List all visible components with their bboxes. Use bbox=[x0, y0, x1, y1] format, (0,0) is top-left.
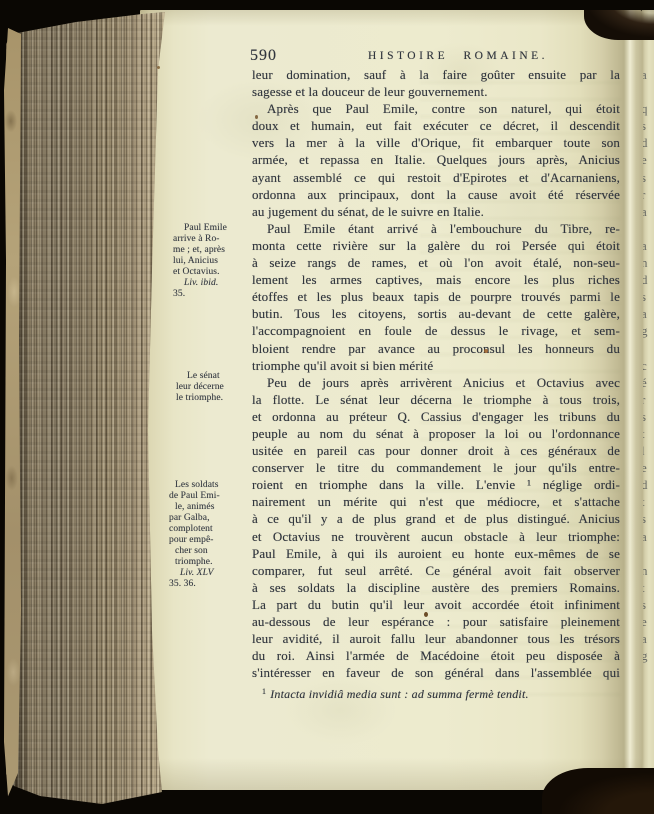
body-text-line: à ses soldats la discipline austère des … bbox=[252, 579, 620, 596]
body-text-line: du roi. Ainsi l'armée de Macédoine étoit… bbox=[252, 647, 620, 664]
margin-note-line: cher son bbox=[169, 546, 249, 557]
edge-fragment: s bbox=[643, 510, 654, 527]
edge-fragment: s bbox=[643, 596, 654, 613]
body-text-line: nairement un mérite qui n'est que médioc… bbox=[252, 493, 620, 510]
edge-fragment: c bbox=[643, 357, 654, 374]
edge-fragment: a bbox=[643, 630, 654, 647]
edge-fragment bbox=[643, 83, 654, 100]
edge-fragment: d bbox=[643, 476, 654, 493]
margin-note-soldiers-plot: Les soldats de Paul Emi- le, animés par … bbox=[169, 480, 249, 590]
photo-border-top bbox=[0, 0, 654, 10]
edge-fragment: n bbox=[643, 562, 654, 579]
margin-note-line: leur décerne bbox=[176, 382, 249, 393]
edge-fragment: n bbox=[643, 254, 654, 271]
edge-fragment: e bbox=[643, 613, 654, 630]
book-cover-edge bbox=[4, 28, 21, 804]
body-text-line: butin. Tous les citoyens, sortis au-deva… bbox=[252, 305, 620, 322]
body-text-line: armée, et repassa en Italie. Quelques jo… bbox=[252, 151, 620, 168]
body-text-line: et Octavius ne trouvèrent aucun obstacle… bbox=[252, 528, 620, 545]
edge-fragment: é bbox=[643, 374, 654, 391]
body-text-line: la flotte. Le sénat leur décerna le trio… bbox=[252, 391, 620, 408]
footnote: 1Intacta invidiâ media sunt : ad summa f… bbox=[262, 687, 612, 702]
body-text-line: La part du butin qu'il leur avoit accord… bbox=[252, 596, 620, 613]
edge-fragment: g bbox=[643, 322, 654, 339]
edge-fragment bbox=[643, 220, 654, 237]
body-text-line: Après que Paul Emile, contre son naturel… bbox=[252, 100, 620, 117]
margin-note-line: Les soldats bbox=[169, 480, 249, 491]
body-text-line: étoffes et les plus beaux tapis de pourp… bbox=[252, 288, 620, 305]
body-text-line: ordonna aux principaux, dont la cause av… bbox=[252, 186, 620, 203]
body-text-line: à seize rangs de rames, et où l'on avoit… bbox=[252, 254, 620, 271]
edge-fragment: d bbox=[643, 134, 654, 151]
margin-note-line: Paul Emile bbox=[173, 223, 250, 234]
body-text-line: Peu de jours après arrivèrent Anicius et… bbox=[252, 374, 620, 391]
body-text-line: bloient rendre par avance au proconsul l… bbox=[252, 340, 620, 357]
body-text-line: et ordonna au préteur Q. Cassius d'engag… bbox=[252, 408, 620, 425]
edge-fragment: s bbox=[643, 408, 654, 425]
edge-fragment: t bbox=[643, 493, 654, 510]
body-text-line: au-dessous de leur espérance : pour sati… bbox=[252, 613, 620, 630]
margin-note-line: 35. 36. bbox=[169, 579, 249, 590]
margin-note-line: par Galba, bbox=[169, 513, 249, 524]
edge-fragment: a bbox=[643, 305, 654, 322]
edge-fragment bbox=[643, 545, 654, 562]
body-text-line: s'intéresser en faveur de son général da… bbox=[252, 664, 620, 681]
margin-note-line: triomphe. bbox=[169, 557, 249, 568]
margin-note-line: de Paul Emi- bbox=[169, 491, 249, 502]
page-number: 590 bbox=[250, 47, 277, 65]
margin-note-line: pour empê- bbox=[169, 535, 249, 546]
edge-fragment: e bbox=[643, 151, 654, 168]
margin-note-line: le triomphe. bbox=[176, 393, 249, 404]
footnote-marker: 1 bbox=[262, 687, 266, 696]
margin-note-line: arrive à Ro- bbox=[173, 234, 250, 245]
body-text-line: monta cette rivière sur la galère du roi… bbox=[252, 237, 620, 254]
edge-fragment: q bbox=[643, 100, 654, 117]
margin-note-senate-triumph: Le sénat leur décerne le triomphe. bbox=[176, 371, 249, 404]
body-text: leur domination, sauf à la faire goûter … bbox=[252, 66, 620, 681]
facing-page-fragments: a q s d e s r a a n d s a g bbox=[643, 66, 654, 681]
body-text-line: usitée en pareil cas pour donner droit à… bbox=[252, 442, 620, 459]
body-text-line: conserver le titre du commandement le jo… bbox=[252, 459, 620, 476]
footnote-text: Intacta invidiâ media sunt : ad summa fe… bbox=[270, 687, 529, 701]
margin-note-line: 35. bbox=[173, 289, 250, 300]
edge-fragment: g bbox=[643, 647, 654, 664]
edge-fragment bbox=[643, 340, 654, 357]
edge-fragment: a bbox=[643, 528, 654, 545]
edge-fragment: a bbox=[643, 203, 654, 220]
running-title: HISTOIRE ROMAINE. bbox=[274, 50, 642, 62]
body-text-line: Paul Emile, à qui ils auroient eu honte … bbox=[252, 545, 620, 562]
body-text-line: à ce qu'il y a de plus grand et de plus … bbox=[252, 510, 620, 527]
body-text-line: roient en triomphe dans la ville. L'envi… bbox=[252, 476, 620, 493]
binding-corner-bottom-right bbox=[542, 768, 654, 814]
book-photo: a q s d e s r a a n d s a g bbox=[0, 0, 654, 814]
edge-fragment: d bbox=[643, 271, 654, 288]
edge-fragment: s bbox=[643, 169, 654, 186]
margin-note-line: lui, Anicius bbox=[173, 256, 250, 267]
body-text-line: triomphe qu'il avoit si bien mérité bbox=[252, 357, 620, 374]
edge-fragment: t bbox=[643, 579, 654, 596]
edge-fragment: s bbox=[643, 117, 654, 134]
margin-note-line: Le sénat bbox=[176, 371, 249, 382]
edge-fragment: r bbox=[643, 186, 654, 203]
body-text-line: comparer, fut seul arrêté. Ce général av… bbox=[252, 562, 620, 579]
margin-note-line: me ; et, après bbox=[173, 245, 250, 256]
body-text-line: peuple au nom du sénat à proposer la loi… bbox=[252, 425, 620, 442]
edge-fragment: a bbox=[643, 237, 654, 254]
body-text-line: lement les armes captives, mais encore l… bbox=[252, 271, 620, 288]
edge-fragment: e bbox=[643, 459, 654, 476]
edge-fragment bbox=[643, 664, 654, 681]
margin-note-line: complotent bbox=[169, 524, 249, 535]
body-text-line: Paul Emile étant arrivé à l'embouchure d… bbox=[252, 220, 620, 237]
body-text-line: vers la mer à la ville d'Orique, fit emb… bbox=[252, 134, 620, 151]
edge-fragment: l bbox=[643, 442, 654, 459]
body-text-line: l'accompagnoient en foule de dessus le r… bbox=[252, 322, 620, 339]
body-text-line: sagesse et la douceur de leur gouverneme… bbox=[252, 83, 620, 100]
body-text-line: leur avidité, il auroit fallu leur aband… bbox=[252, 630, 620, 647]
edge-fragment: r bbox=[643, 391, 654, 408]
edge-fragment: t bbox=[643, 425, 654, 442]
body-text-line: ayant assemblé ce qui restoit d'Epirotes… bbox=[252, 169, 620, 186]
margin-note-line: le, animés bbox=[169, 502, 249, 513]
margin-note-line: Liv. XLV bbox=[169, 568, 249, 579]
margin-note-line: Liv. ibid. bbox=[173, 278, 250, 289]
margin-note-line: et Octavius. bbox=[173, 267, 250, 278]
body-text-line: leur domination, sauf à la faire goûter … bbox=[252, 66, 620, 83]
edge-fragment: s bbox=[643, 288, 654, 305]
edge-fragment: a bbox=[643, 66, 654, 83]
book-fore-edge bbox=[6, 10, 170, 808]
body-text-line: doux et humain, eut fait exécuter ce déc… bbox=[252, 117, 620, 134]
body-text-line: au jugement du sénat, de le suivre en It… bbox=[252, 203, 620, 220]
margin-note-paul-emile-arrives: Paul Emile arrive à Ro- me ; et, après l… bbox=[173, 223, 250, 300]
